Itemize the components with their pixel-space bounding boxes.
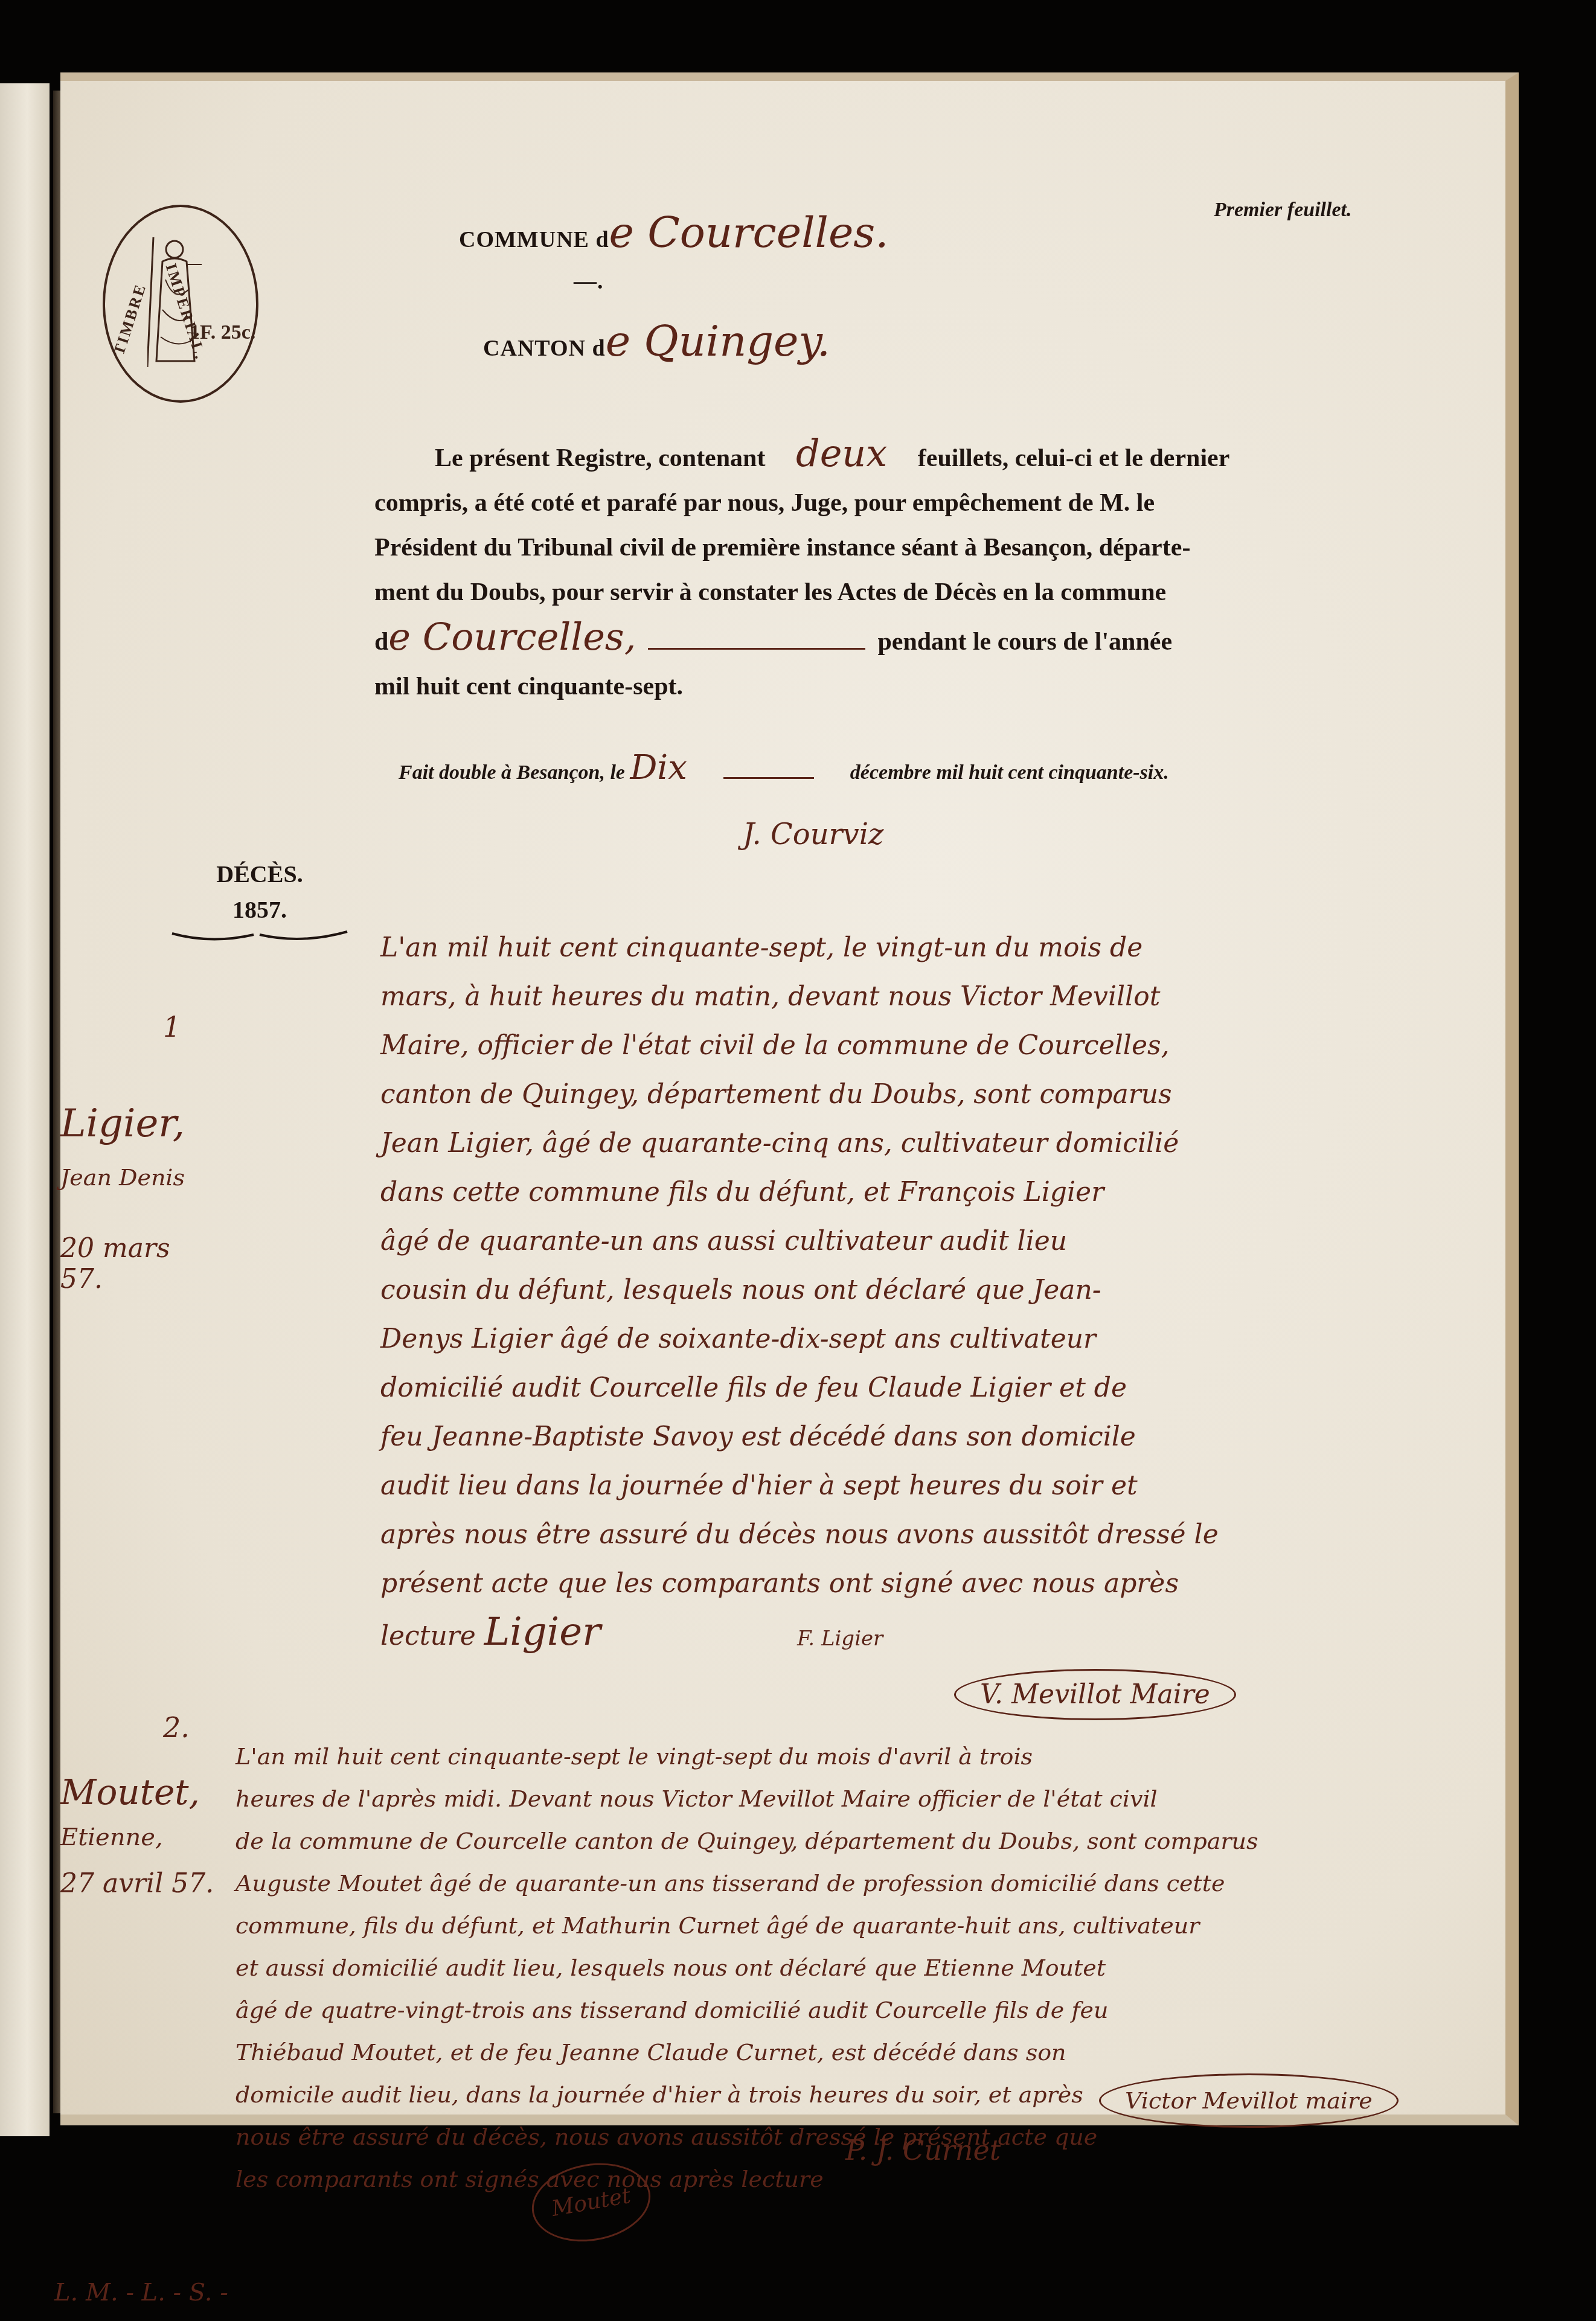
section-header: DÉCÈS. 1857.: [199, 860, 320, 946]
footer-initials: L. M. - L. - S. -: [54, 2279, 228, 2307]
fait-double-line: Fait double à Besançon, le Dixdécembre m…: [399, 748, 1169, 787]
act-line: et aussi domicilié audit lieu, lesquels …: [236, 1947, 1504, 1989]
sheet-count: deux: [772, 431, 911, 475]
act-2-body: L'an mil huit cent cinquante-sept le vin…: [236, 1735, 1504, 2200]
judge-signature: J. Courviz: [743, 818, 883, 851]
left-facing-page-edge: [0, 83, 50, 2136]
act-line: mars, à huit heures du matin, devant nou…: [380, 972, 1504, 1021]
act-1-margin-note: Ligier, Jean Denis 20 mars 57.: [60, 1101, 217, 1295]
preamble-line-3: Président du Tribunal civil de première …: [374, 525, 1479, 570]
separator: —.: [574, 268, 604, 295]
imperial-tax-stamp: TIMBRE IMPERIAL. 1F. 25c.: [103, 205, 258, 403]
justice-figure-icon: [147, 231, 202, 370]
canton-label: CANTON d: [483, 336, 606, 361]
sheet-label: Premier feuillet.: [1214, 199, 1352, 222]
stamp-value: 1F. 25c.: [190, 322, 255, 344]
act-line: de la commune de Courcelle canton de Qui…: [236, 1820, 1504, 1862]
act-line: Jean Ligier, âgé de quarante-cinq ans, c…: [380, 1119, 1504, 1168]
canton-line: CANTON de Quingey.: [483, 316, 830, 366]
register-preamble: Le présent Registre, contenant deux feui…: [374, 431, 1479, 709]
act-line: cousin du défunt, lesquels nous ont décl…: [380, 1266, 1504, 1314]
signature-curnet: P. J. Curnet: [845, 2134, 1001, 2166]
canton-value: e Quingey.: [606, 316, 830, 366]
act-1-body: L'an mil huit cent cinquante-sept, le vi…: [380, 923, 1504, 1660]
signature-f-ligier: F. Ligier: [797, 1627, 883, 1651]
stamp-text-timbre: TIMBRE: [110, 281, 150, 358]
commune-line: COMMUNE de Courcelles.: [459, 208, 889, 257]
signature-mayor-act-2: Victor Mevillot maire: [1099, 2073, 1399, 2128]
preamble-line-2: compris, a été coté et parafé par nous, …: [374, 481, 1479, 525]
act-line: présent acte que les comparants ont sign…: [380, 1559, 1504, 1608]
flourish-divider-icon: [169, 929, 350, 943]
preamble-line-1: Le présent Registre, contenant deux feui…: [374, 431, 1479, 481]
act-line: commune, fils du défunt, et Mathurin Cur…: [236, 1904, 1504, 1947]
preamble-line-4: ment du Doubs, pour servir à constater l…: [374, 570, 1479, 615]
act-2-number: 2.: [163, 1711, 190, 1744]
act-1-number: 1: [163, 1011, 181, 1043]
act-line: L'an mil huit cent cinquante-sept, le vi…: [380, 923, 1504, 972]
commune-value: e Courcelles.: [609, 208, 889, 257]
signature-mayor-act-1: V. Mevillot Maire: [954, 1669, 1236, 1720]
act-line: canton de Quingey, département du Doubs,…: [380, 1070, 1504, 1119]
act-line: âgé de quatre-vingt-trois ans tisserand …: [236, 1989, 1504, 2031]
act-line: âgé de quarante-un ans aussi cultivateur…: [380, 1217, 1504, 1266]
act-line: domicilié audit Courcelle fils de feu Cl…: [380, 1363, 1504, 1412]
register-page: TIMBRE IMPERIAL. 1F. 25c. COMMUNE de Cou…: [60, 72, 1519, 2125]
preamble-line-5: de Courcelles,pendant le cours de l'anné…: [374, 615, 1479, 664]
commune-label: COMMUNE d: [459, 227, 609, 252]
act-line: L'an mil huit cent cinquante-sept le vin…: [236, 1735, 1504, 1778]
act-line: feu Jeanne-Baptiste Savoy est décédé dan…: [380, 1412, 1504, 1461]
commune-handwritten: e Courcelles,: [388, 615, 636, 659]
date-handwritten: Dix: [630, 748, 687, 787]
section-year: 1857.: [199, 895, 320, 924]
act-line: Thiébaud Moutet, et de feu Jeanne Claude…: [236, 2031, 1504, 2073]
act-line: audit lieu dans la journée d'hier à sept…: [380, 1461, 1504, 1510]
signature-ligier: Ligier: [484, 1610, 601, 1654]
act-line: Maire, officier de l'état civil de la co…: [380, 1021, 1504, 1070]
preamble-line-6: mil huit cent cinquante-sept.: [374, 664, 1479, 709]
act-2-margin-note: Moutet, Etienne, 27 avril 57.: [60, 1772, 229, 1899]
act-line: après nous être assuré du décès nous avo…: [380, 1510, 1504, 1559]
act-line: heures de l'après midi. Devant nous Vict…: [236, 1778, 1504, 1820]
act-line: Denys Ligier âgé de soixante-dix-sept an…: [380, 1314, 1504, 1363]
act-line: dans cette commune fils du défunt, et Fr…: [380, 1168, 1504, 1217]
act-line: lecture Ligier: [380, 1608, 1504, 1660]
section-title: DÉCÈS.: [199, 860, 320, 888]
act-line: Auguste Moutet âgé de quarante-un ans ti…: [236, 1862, 1504, 1904]
